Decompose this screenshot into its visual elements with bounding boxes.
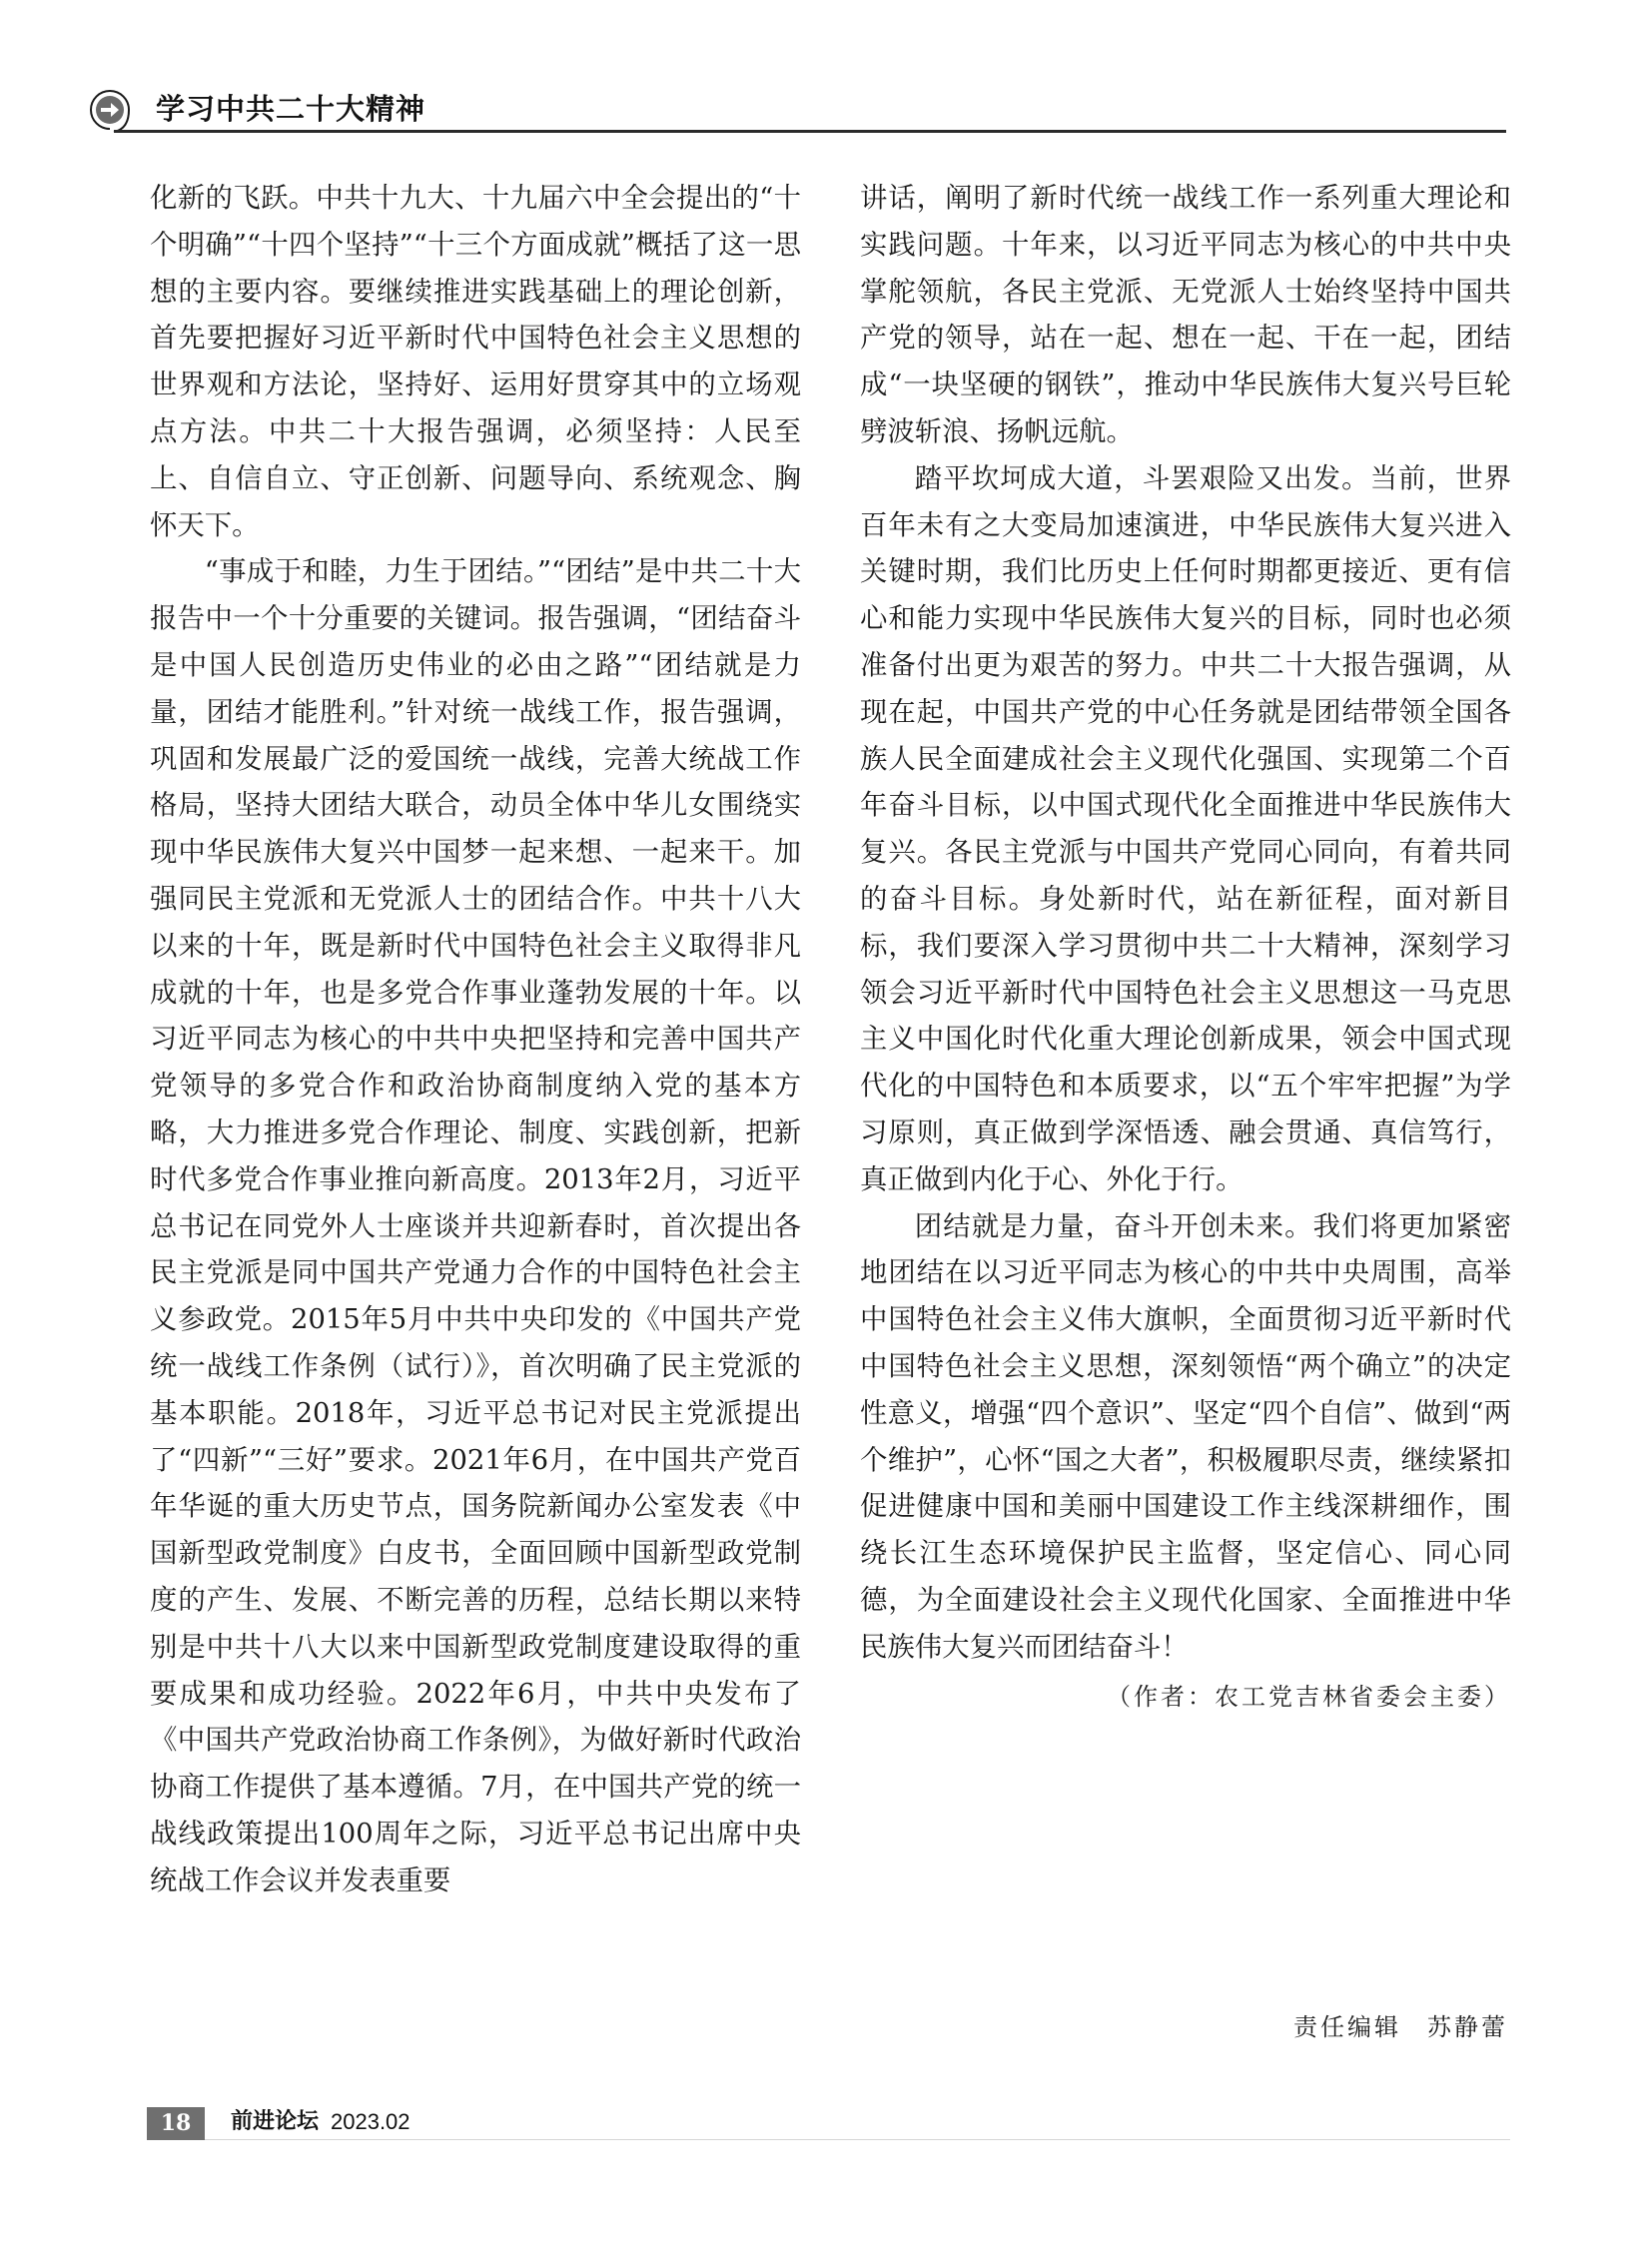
paragraph: 团结就是力量，奋斗开创未来。我们将更加紧密地团结在以习近平同志为核心的中共中央周… [860, 1204, 1511, 1672]
author-note: （作者：农工党吉林省委会主委） [860, 1674, 1511, 1721]
page-footer: 18 前进论坛 2023.02 [147, 2107, 1510, 2143]
footer-divider [205, 2139, 1510, 2140]
paragraph: “事成于和睦，力生于团结。”“团结”是中共二十大报告中一个十分重要的关键词。报告… [150, 549, 801, 1904]
editor-credit: 责任编辑苏静蕾 [1179, 2007, 1508, 2047]
journal-name: 前进论坛 [231, 2107, 319, 2137]
page-number: 18 [147, 2107, 205, 2140]
running-header: 学习中共二十大精神 [88, 88, 1506, 134]
article-column-left: 化新的飞跃。中共十九大、十九届六中全会提出的“十个明确”“十四个坚持”“十三个方… [150, 176, 801, 1904]
paragraph: 踏平坎坷成大道，斗罢艰险又出发。当前，世界百年未有之大变局加速演进，中华民族伟大… [860, 456, 1511, 1204]
editor-label: 责任编辑 [1293, 2013, 1401, 2041]
paragraph: 讲话，阐明了新时代统一战线工作一系列重大理论和实践问题。十年来，以习近平同志为核… [860, 176, 1511, 456]
section-title: 学习中共二十大精神 [156, 90, 425, 128]
editor-name: 苏静蕾 [1427, 2013, 1508, 2041]
article-column-right: 讲话，阐明了新时代统一战线工作一系列重大理论和实践问题。十年来，以习近平同志为核… [860, 176, 1511, 1720]
journal-issue: 2023.02 [331, 2107, 411, 2137]
header-divider [114, 130, 1506, 133]
arrow-right-circle-icon [88, 88, 132, 132]
paragraph: 化新的飞跃。中共十九大、十九届六中全会提出的“十个明确”“十四个坚持”“十三个方… [150, 176, 801, 549]
